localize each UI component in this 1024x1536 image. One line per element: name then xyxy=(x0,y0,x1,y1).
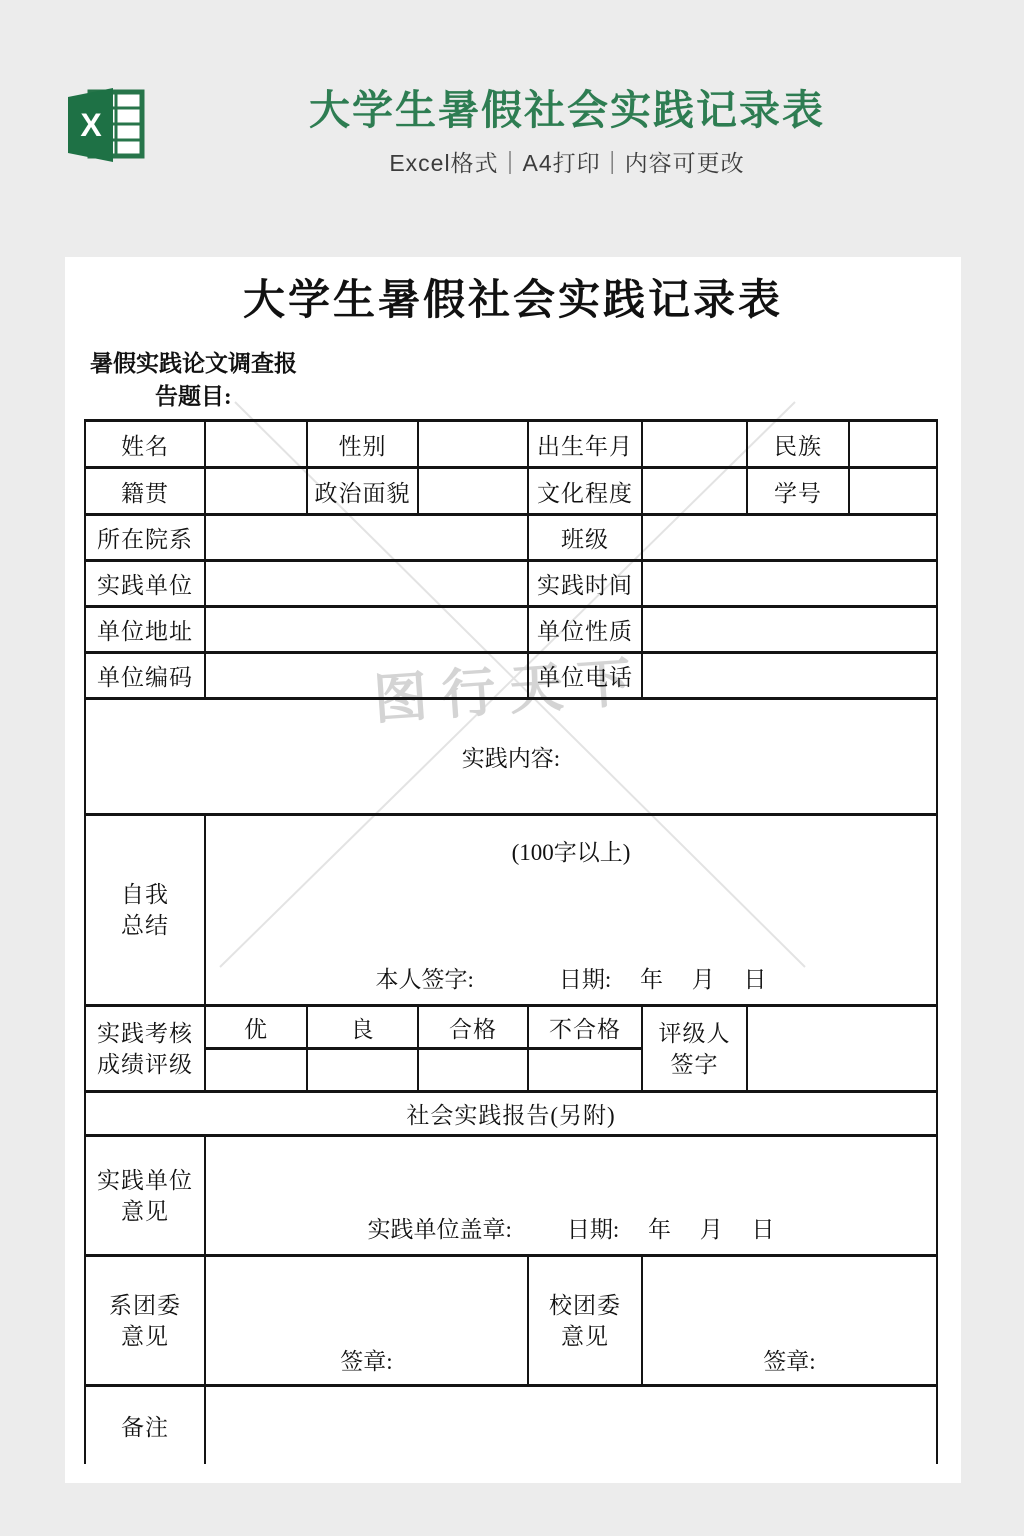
unit-opinion-sign-row: 实践单位盖章: 日期: 年 月 日 xyxy=(206,1211,936,1244)
grade-label-line1: 实践考核 xyxy=(86,1018,204,1049)
cell-unitphone-label: 单位电话 xyxy=(528,653,642,699)
cell-hometown-value xyxy=(205,468,307,515)
self-summary-label-line2: 总结 xyxy=(86,910,204,941)
unit-stamp-label: 实践单位盖章: xyxy=(367,1211,511,1244)
school-committee-label-line2: 意见 xyxy=(529,1321,641,1352)
document-preview: 图行天下 大学生暑假社会实践记录表 暑假实践论文调查报 告题目: 姓名 性别 出… xyxy=(65,257,961,1483)
excel-icon-graphic: X xyxy=(66,86,148,164)
grade-option-excellent: 优 xyxy=(205,1006,307,1049)
dept-committee-sign-label: 签章: xyxy=(206,1343,527,1376)
table-row: 单位地址 单位性质 xyxy=(85,607,937,653)
page-subtitle: Excel格式｜A4打印｜内容可更改 xyxy=(110,145,1024,178)
self-date-label: 日期: 年 月 日 xyxy=(559,961,767,994)
table-row: 实践考核 成绩评级 优 良 合格 不合格 评级人 签字 xyxy=(85,1006,937,1049)
cell-gender-value xyxy=(418,421,528,468)
cell-unittype-label: 单位性质 xyxy=(528,607,642,653)
grade-label-cell: 实践考核 成绩评级 xyxy=(85,1006,205,1092)
practice-content-label: 实践内容: xyxy=(462,746,560,771)
self-sign-label: 本人签字: xyxy=(375,961,473,994)
cell-name-value xyxy=(205,421,307,468)
cell-department-value xyxy=(205,515,528,561)
svg-text:X: X xyxy=(80,107,102,143)
page-title: 大学生暑假社会实践记录表 xyxy=(110,84,1024,136)
cell-unitphone-value xyxy=(642,653,937,699)
grade-check-excellent xyxy=(205,1049,307,1092)
cell-unitcode-label: 单位编码 xyxy=(85,653,205,699)
rater-label-line2: 签字 xyxy=(643,1049,746,1080)
topic-label-line1: 暑假实践论文调查报 xyxy=(90,347,297,380)
cell-ethnicity-label: 民族 xyxy=(747,421,849,468)
topic-label: 暑假实践论文调查报 告题目: xyxy=(90,347,297,413)
grade-option-good: 良 xyxy=(307,1006,418,1049)
cell-class-label: 班级 xyxy=(528,515,642,561)
cell-studentid-value xyxy=(849,468,937,515)
header-text-block: 大学生暑假社会实践记录表 Excel格式｜A4打印｜内容可更改 xyxy=(110,84,1024,178)
rater-sign-value-cell xyxy=(747,1006,937,1092)
remark-label-cell: 备注 xyxy=(85,1386,205,1464)
topic-label-line2: 告题目: xyxy=(90,380,297,413)
word-count-hint: (100字以上) xyxy=(206,834,936,867)
page-background: X 大学生暑假社会实践记录表 Excel格式｜A4打印｜内容可更改 图行天下 大… xyxy=(0,0,1024,1536)
grade-check-pass xyxy=(418,1049,528,1092)
school-committee-label-line1: 校团委 xyxy=(529,1290,641,1321)
cell-time-value xyxy=(642,561,937,607)
table-row: 系团委 意见 签章: 校团委 意见 签章: xyxy=(85,1256,937,1386)
school-committee-label-cell: 校团委 意见 xyxy=(528,1256,642,1386)
table-row: 姓名 性别 出生年月 民族 xyxy=(85,421,937,468)
rater-sign-label-cell: 评级人 签字 xyxy=(642,1006,747,1092)
cell-name-label: 姓名 xyxy=(85,421,205,468)
table-row: 社会实践报告(另附) xyxy=(85,1092,937,1136)
cell-ethnicity-value xyxy=(849,421,937,468)
cell-hometown-label: 籍贯 xyxy=(85,468,205,515)
grade-label-line2: 成绩评级 xyxy=(86,1049,204,1080)
table-row: 实践内容: xyxy=(85,699,937,815)
excel-logo-icon: X xyxy=(66,86,148,164)
grade-option-fail: 不合格 xyxy=(528,1006,642,1049)
table-row: 实践单位 意见 实践单位盖章: 日期: 年 月 日 xyxy=(85,1136,937,1256)
document-title: 大学生暑假社会实践记录表 xyxy=(65,267,961,327)
cell-studentid-label: 学号 xyxy=(747,468,849,515)
cell-unit-label: 实践单位 xyxy=(85,561,205,607)
cell-time-label: 实践时间 xyxy=(528,561,642,607)
dept-committee-content-cell: 签章: xyxy=(205,1256,528,1386)
cell-gender-label: 性别 xyxy=(307,421,418,468)
grade-check-good xyxy=(307,1049,418,1092)
practice-record-table: 姓名 性别 出生年月 民族 籍贯 政治面貌 文化程度 学号 xyxy=(84,419,938,1464)
rater-label-line1: 评级人 xyxy=(643,1018,746,1049)
cell-political-value xyxy=(418,468,528,515)
unit-date-label: 日期: 年 月 日 xyxy=(567,1211,775,1244)
unit-opinion-content-cell: 实践单位盖章: 日期: 年 月 日 xyxy=(205,1136,937,1256)
report-attachment-cell: 社会实践报告(另附) xyxy=(85,1092,937,1136)
cell-education-label: 文化程度 xyxy=(528,468,642,515)
table-row: 自我 总结 (100字以上) 本人签字: 日期: 年 月 日 xyxy=(85,815,937,1006)
cell-education-value xyxy=(642,468,747,515)
self-summary-label-line1: 自我 xyxy=(86,879,204,910)
unit-opinion-label-line2: 意见 xyxy=(86,1196,204,1227)
grade-option-pass: 合格 xyxy=(418,1006,528,1049)
dept-committee-label-line1: 系团委 xyxy=(86,1290,204,1321)
cell-unitcode-value xyxy=(205,653,528,699)
table-row: 实践单位 实践时间 xyxy=(85,561,937,607)
cell-birthdate-value xyxy=(642,421,747,468)
grade-check-fail xyxy=(528,1049,642,1092)
practice-content-cell: 实践内容: xyxy=(85,699,937,815)
school-committee-content-cell: 签章: xyxy=(642,1256,937,1386)
cell-department-label: 所在院系 xyxy=(85,515,205,561)
self-summary-content-cell: (100字以上) 本人签字: 日期: 年 月 日 xyxy=(205,815,937,1006)
school-committee-sign-label: 签章: xyxy=(643,1343,936,1376)
table-row: 备注 xyxy=(85,1386,937,1464)
self-summary-label-cell: 自我 总结 xyxy=(85,815,205,1006)
cell-class-value xyxy=(642,515,937,561)
cell-birthdate-label: 出生年月 xyxy=(528,421,642,468)
dept-committee-label-line2: 意见 xyxy=(86,1321,204,1352)
self-summary-sign-row: 本人签字: 日期: 年 月 日 xyxy=(206,961,936,994)
dept-committee-label-cell: 系团委 意见 xyxy=(85,1256,205,1386)
cell-unitaddr-label: 单位地址 xyxy=(85,607,205,653)
table-row: 所在院系 班级 xyxy=(85,515,937,561)
cell-unit-value xyxy=(205,561,528,607)
unit-opinion-label-line1: 实践单位 xyxy=(86,1165,204,1196)
cell-unittype-value xyxy=(642,607,937,653)
unit-opinion-label-cell: 实践单位 意见 xyxy=(85,1136,205,1256)
cell-political-label: 政治面貌 xyxy=(307,468,418,515)
cell-unitaddr-value xyxy=(205,607,528,653)
table-row: 籍贯 政治面貌 文化程度 学号 xyxy=(85,468,937,515)
remark-content-cell xyxy=(205,1386,937,1464)
header: X 大学生暑假社会实践记录表 Excel格式｜A4打印｜内容可更改 xyxy=(0,84,1024,194)
table-row: 单位编码 单位电话 xyxy=(85,653,937,699)
